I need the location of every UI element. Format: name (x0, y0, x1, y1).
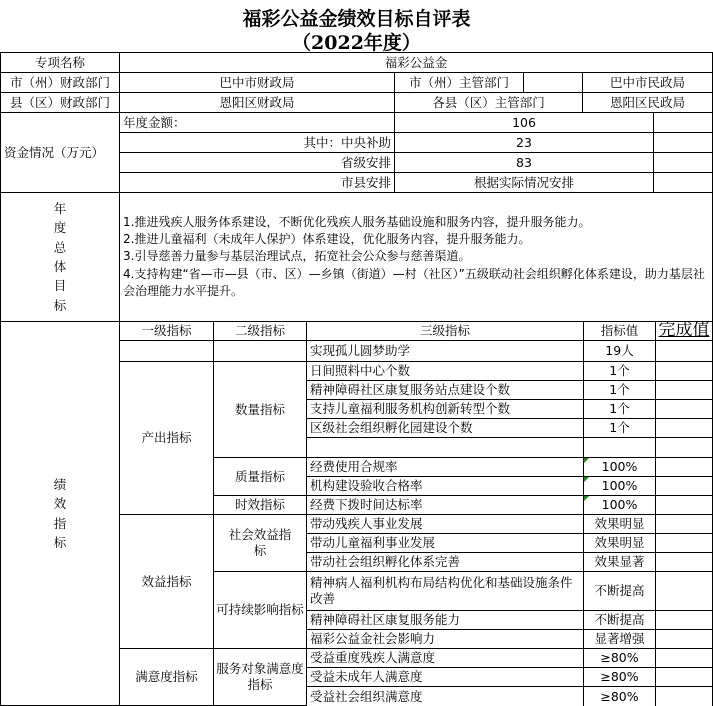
indicator-actual[interactable] (655, 495, 713, 515)
city-dept-label: 市（州）主管部门 (394, 72, 524, 93)
city-dept-value: 巴中市民政局 (582, 72, 713, 93)
level2-quality: 质量指标 (213, 457, 307, 496)
indicator-target: ≥80% (583, 648, 656, 668)
funds-row-value: 106 (394, 112, 654, 133)
level2-social: 社会效益指标 (213, 514, 307, 572)
indicator-name: 带动儿童福利事业发展 (306, 533, 584, 553)
indicator-actual[interactable] (655, 437, 713, 458)
goals-content: 1.推进残疾人服务体系建设，不断优化残疾人服务基础设施和服务内容，提升服务能力。… (119, 192, 713, 322)
level1-benefit: 效益指标 (119, 514, 214, 649)
indicator-name: 受益未成年人满意度 (306, 667, 584, 687)
project-label: 专项名称 (0, 52, 120, 73)
city-finance-label: 市（州）财政部门 (0, 72, 120, 93)
level2-sustainable: 可持续影响指标 (213, 571, 307, 649)
funds-row-extra (653, 172, 713, 193)
performance-label-char: 效 (54, 494, 67, 513)
goal-line: 3.引导慈善力量参与基层治理试点，拓宽社会公众参与慈善渠道。 (123, 248, 712, 265)
header-level2: 二级指标 (213, 321, 307, 341)
indicator-target: 不断提高 (583, 610, 656, 630)
funds-row-extra (653, 132, 713, 153)
goals-label-char: 体 (54, 257, 67, 276)
indicator-target: ≥80% (583, 667, 656, 687)
header-level3: 三级指标 (306, 321, 584, 341)
indicator-name: 受益社会组织满意度 (306, 686, 584, 706)
indicator-target: 效果明显 (583, 533, 656, 553)
level2-service: 服务对象满意度指标 (213, 648, 307, 706)
goals-label-char: 总 (54, 238, 67, 257)
indicator-target: ≥80% (583, 686, 656, 706)
goals-label-char: 度 (54, 218, 67, 237)
indicator-actual[interactable] (655, 648, 713, 668)
header-level1: 一级指标 (119, 321, 214, 341)
funds-row-value: 根据实际情况安排 (394, 172, 654, 193)
indicator-name: 带动社会组织孵化体系完善 (306, 552, 584, 572)
goals-label-char: 标 (54, 296, 67, 315)
indicator-target: 1个 (583, 380, 656, 400)
indicator-target: 不断提高 (583, 571, 656, 611)
county-dept-label: 各县（区）主管部门 (394, 92, 583, 113)
goals-label-char: 目 (54, 276, 67, 295)
level1-satisfaction: 满意度指标 (119, 648, 214, 706)
indicator-name: 精神障碍社区康复服务站点建设个数 (306, 380, 584, 400)
project-value: 福彩公益金 (119, 52, 713, 73)
indicator-name: 经费使用合规率 (306, 457, 584, 477)
funds-row-extra (653, 152, 713, 173)
level1-blank (119, 340, 214, 362)
indicator-target (583, 437, 656, 458)
indicator-target: 效果明显 (583, 514, 656, 534)
indicator-name: 受益重度残疾人满意度 (306, 648, 584, 668)
indicator-actual[interactable] (655, 399, 713, 419)
indicator-actual[interactable] (655, 514, 713, 534)
indicator-actual[interactable] (655, 552, 713, 572)
document-title: 福彩公益金绩效目标自评表 (0, 4, 713, 31)
indicator-name: 区级社会组织孵化园建设个数 (306, 418, 584, 438)
performance-label: 绩 效 指 标 (0, 321, 120, 706)
indicator-name: 带动残疾人事业发展 (306, 514, 584, 534)
indicator-actual[interactable] (655, 340, 713, 362)
funds-row-label: 其中：中央补助 (119, 132, 395, 153)
indicator-actual[interactable] (655, 457, 713, 477)
funds-row-label: 省级安排 (119, 152, 395, 173)
indicator-target: 1个 (583, 361, 656, 381)
funds-row-value: 83 (394, 152, 654, 173)
indicator-name: 精神病人福利机构布局结构优化和基础设施条件改善 (306, 571, 584, 611)
goals-label: 年 度 总 体 目 标 (0, 192, 120, 322)
indicator-actual[interactable] (655, 380, 713, 400)
indicator-name: 实现孤儿圆梦助学 (306, 340, 584, 362)
county-finance-value: 恩阳区财政局 (119, 92, 395, 113)
indicator-name: 日间照料中心个数 (306, 361, 584, 381)
funds-label: 资金情况（万元） (0, 112, 120, 193)
level2-blank (213, 340, 307, 362)
indicator-actual[interactable] (655, 476, 713, 496)
goals-label-char: 年 (54, 199, 67, 218)
indicator-target: 100% (583, 476, 656, 496)
indicator-actual[interactable] (655, 629, 713, 649)
header-target: 指标值 (583, 321, 656, 341)
goal-line: 4.支持构建“省—市—县（市、区）—乡镇（街道）—村（社区）”五级联动社会组织孵… (123, 266, 712, 301)
county-dept-value: 恩阳区民政局 (582, 92, 713, 113)
indicator-name: 机构建设验收合格率 (306, 476, 584, 496)
level1-output: 产出指标 (119, 361, 214, 515)
indicator-target: 100% (583, 457, 656, 477)
indicator-target: 1个 (583, 399, 656, 419)
county-finance-label: 县（区）财政部门 (0, 92, 120, 113)
header-actual: 完成值 (655, 321, 713, 341)
indicator-actual[interactable] (655, 533, 713, 553)
document-subtitle: （2022年度） (0, 28, 713, 55)
level2-quantity: 数量指标 (213, 361, 307, 458)
indicator-actual[interactable] (655, 418, 713, 438)
indicator-name (306, 437, 584, 458)
funds-row-value: 23 (394, 132, 654, 153)
city-dept-blank-cell (523, 72, 583, 93)
performance-label-char: 指 (54, 514, 67, 533)
performance-label-char: 标 (54, 533, 67, 552)
indicator-actual[interactable] (655, 667, 713, 687)
indicator-actual[interactable] (655, 686, 713, 706)
funds-row-label: 市县安排 (119, 172, 395, 193)
indicator-actual[interactable] (655, 571, 713, 611)
funds-row-extra (653, 112, 713, 133)
indicator-actual[interactable] (655, 361, 713, 381)
indicator-actual[interactable] (655, 610, 713, 630)
city-finance-value: 巴中市财政局 (119, 72, 395, 93)
performance-label-char: 绩 (54, 475, 67, 494)
indicator-target: 显著增强 (583, 629, 656, 649)
level2-timeliness: 时效指标 (213, 495, 307, 515)
indicator-target: 1个 (583, 418, 656, 438)
indicator-name: 经费下拨时间达标率 (306, 495, 584, 515)
funds-row-label: 年度金额： (119, 112, 395, 133)
indicator-target: 100% (583, 495, 656, 515)
indicator-target: 效果显著 (583, 552, 656, 572)
indicator-name: 支持儿童福利服务机构创新转型个数 (306, 399, 584, 419)
goal-line: 2.推进儿童福利（未成年人保护）体系建设，优化服务内容，提升服务能力。 (123, 231, 712, 248)
goal-line: 1.推进残疾人服务体系建设，不断优化残疾人服务基础设施和服务内容，提升服务能力。 (123, 214, 712, 231)
indicator-name: 福彩公益金社会影响力 (306, 629, 584, 649)
indicator-name: 精神障碍社区康复服务能力 (306, 610, 584, 630)
indicator-target: 19人 (583, 340, 656, 362)
